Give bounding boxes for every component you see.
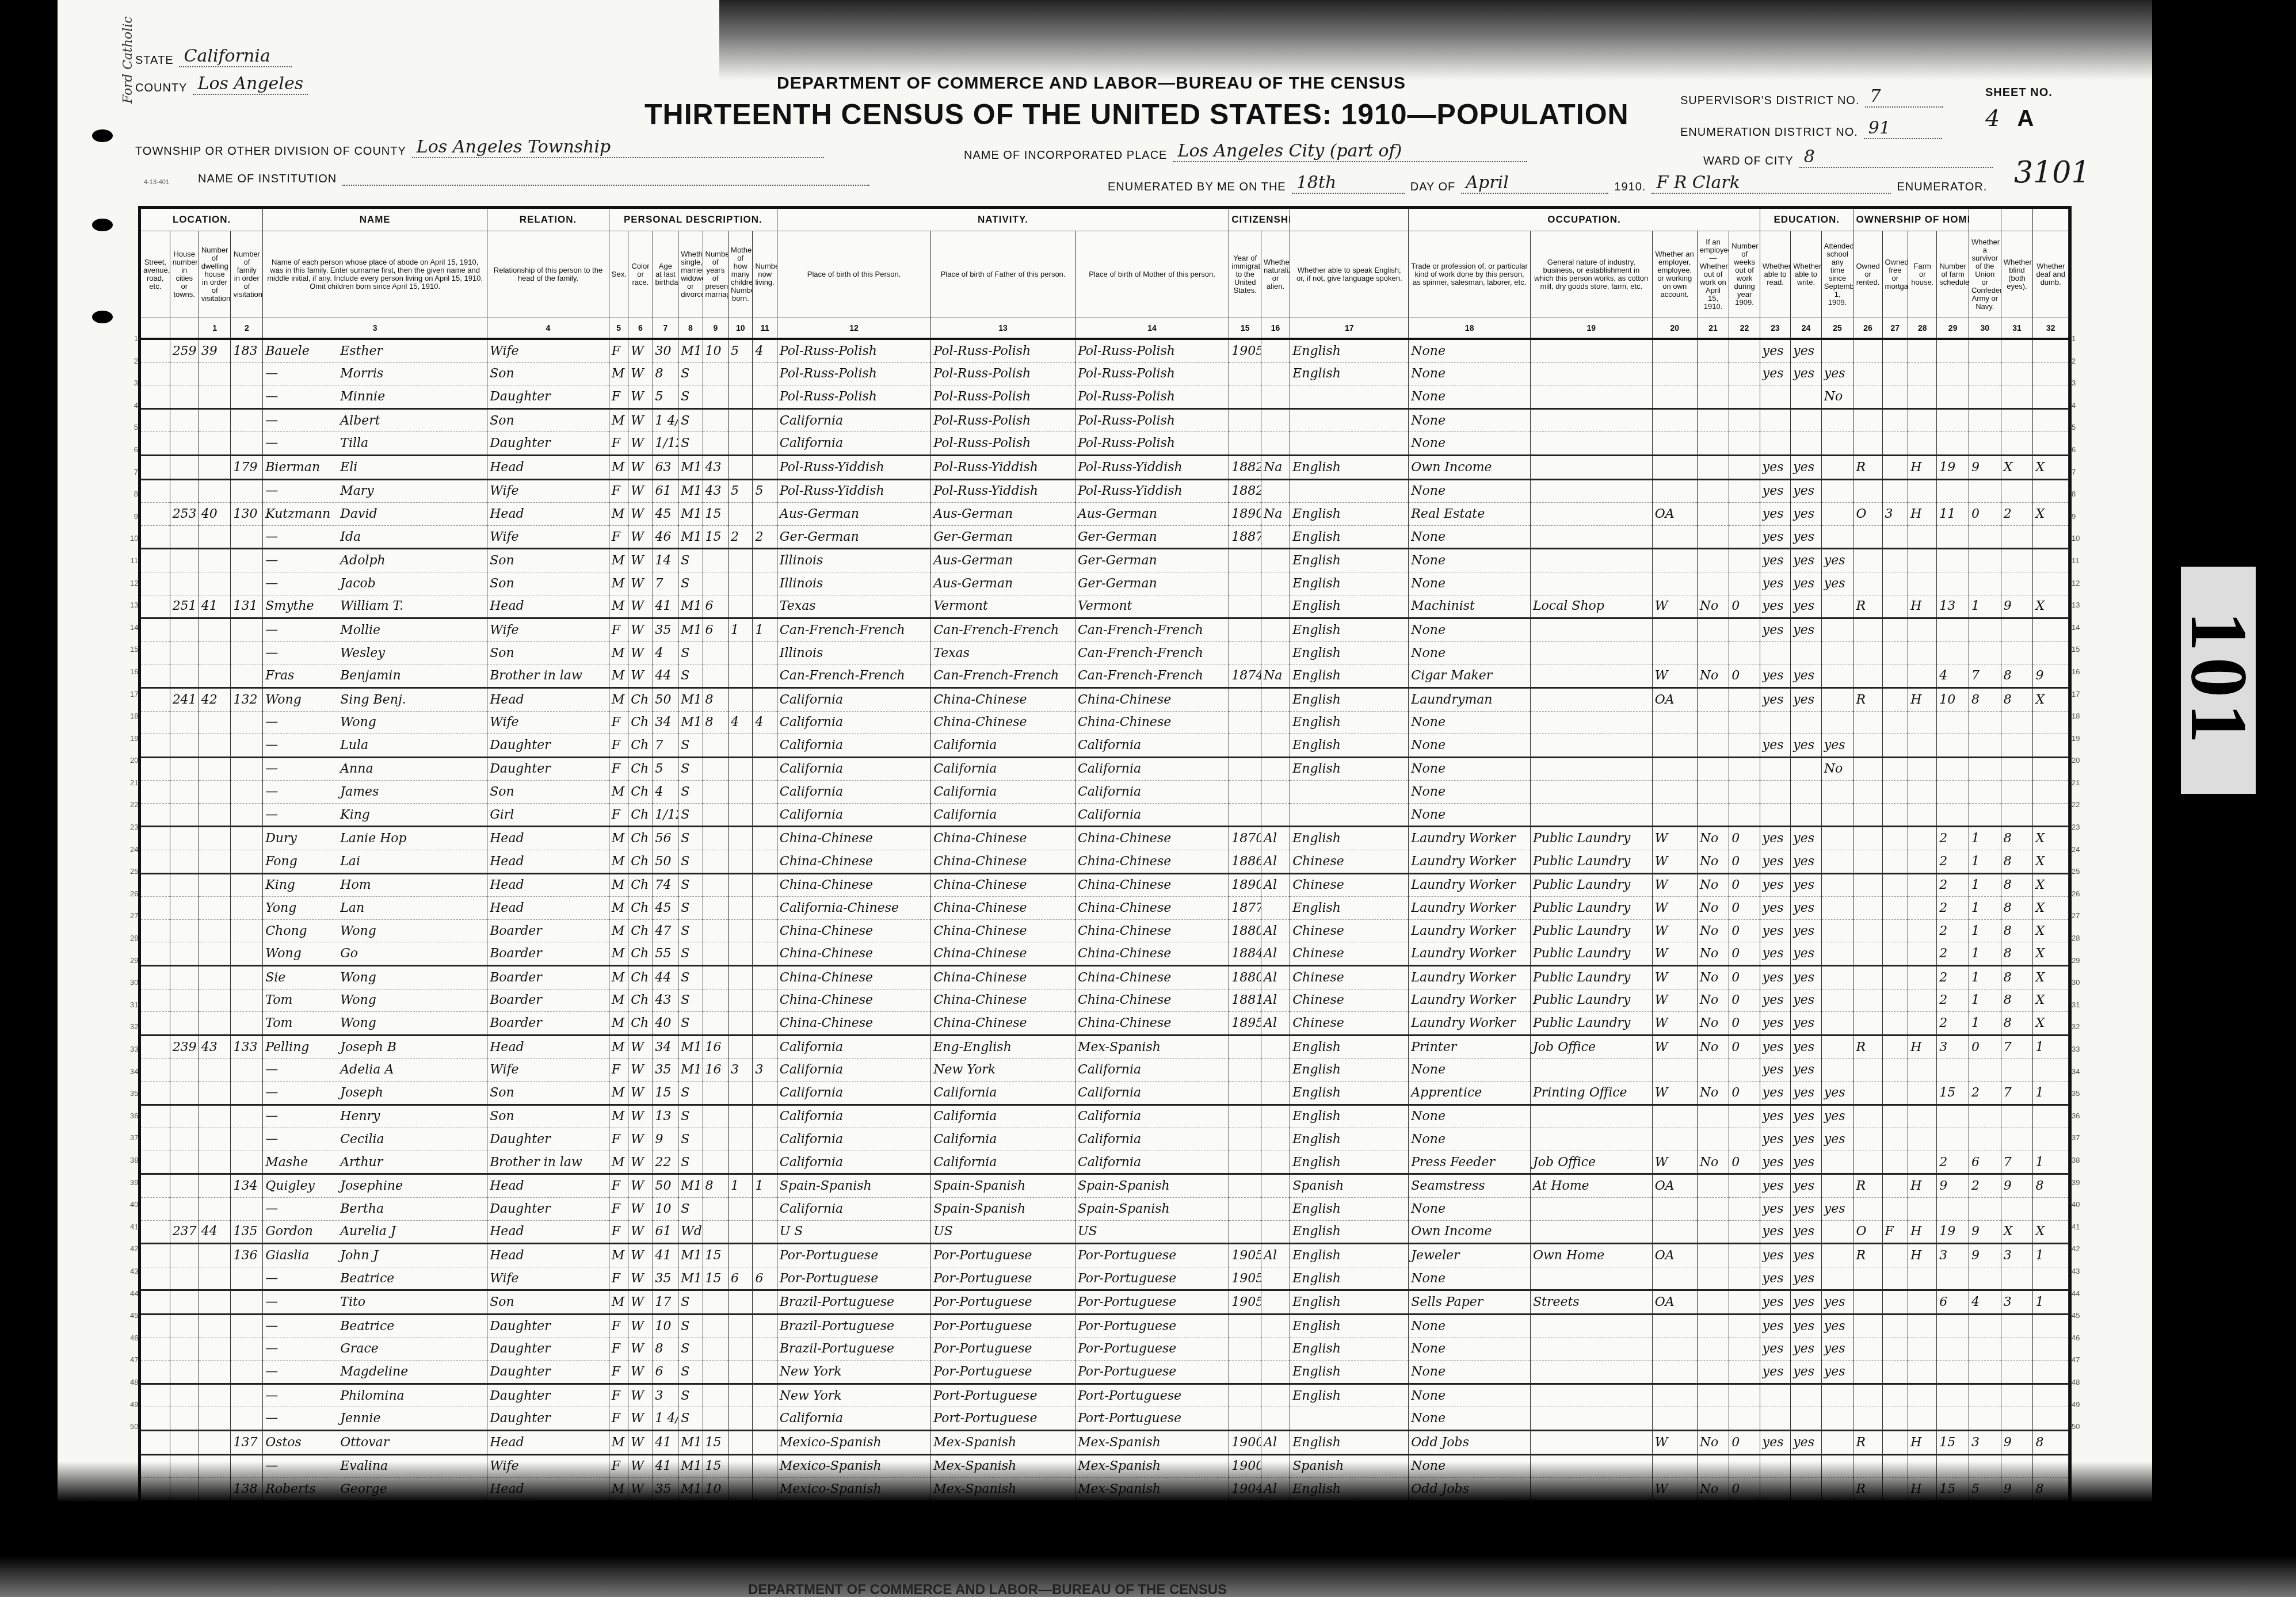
cell-street bbox=[141, 757, 170, 781]
cell-house bbox=[170, 711, 199, 734]
cell-family bbox=[231, 734, 263, 758]
cell-own bbox=[1853, 942, 1882, 966]
cell-dwelling bbox=[199, 572, 231, 595]
cell-sex: F bbox=[609, 757, 628, 781]
cell-nat: Al bbox=[1261, 966, 1290, 989]
cell-farm: H bbox=[1908, 1430, 1937, 1454]
table-row: —JacobSonMW7SIllinoisAus-GermanGer-Germa… bbox=[141, 572, 2069, 595]
column-header: Name of each person whose place of abode… bbox=[263, 231, 487, 318]
surname: — bbox=[265, 715, 340, 729]
cell-nat: Al bbox=[1261, 1012, 1290, 1036]
cell-own bbox=[1853, 1407, 1882, 1431]
cell-relation: Daughter bbox=[487, 1128, 609, 1151]
line-number: 25 bbox=[2072, 861, 2080, 883]
cell-immig bbox=[1229, 1220, 1261, 1244]
cell-pob-mother: Pol-Russ-Polish bbox=[1075, 362, 1229, 385]
cell-out-work bbox=[1697, 1361, 1729, 1384]
surname: — bbox=[265, 1295, 340, 1309]
cell-pob: California bbox=[777, 1082, 930, 1105]
cell-house bbox=[170, 1430, 199, 1454]
cell-farm bbox=[1908, 897, 1937, 920]
county-label: COUNTY bbox=[135, 82, 187, 95]
cell-f30 bbox=[1969, 1128, 2001, 1151]
cell-f30 bbox=[1969, 1267, 2001, 1290]
cell-own bbox=[1853, 618, 1882, 642]
cell-years-married: 15 bbox=[703, 1244, 729, 1267]
cell-school: yes bbox=[1821, 1082, 1853, 1105]
cell-industry: Public Laundry bbox=[1530, 966, 1652, 989]
cell-years-married bbox=[703, 1220, 729, 1244]
cell-pob-father: China-Chinese bbox=[931, 873, 1075, 897]
cell-own: O bbox=[1853, 1220, 1882, 1244]
enumerated-date-field: ENUMERATED BY ME ON THE 18th DAY OF Apri… bbox=[1108, 173, 1987, 194]
cell-family bbox=[231, 1082, 263, 1105]
group-citizenship: CITIZENSHIP. bbox=[1229, 209, 1290, 231]
cell-street bbox=[141, 664, 170, 688]
cell-trade: None bbox=[1409, 803, 1531, 827]
column-number: 5 bbox=[609, 318, 628, 339]
cell-emp: W bbox=[1652, 664, 1697, 688]
cell-sched bbox=[1937, 618, 1969, 642]
cell-age: 50 bbox=[653, 687, 678, 711]
cell-living: 5 bbox=[753, 479, 777, 503]
cell-weeks: 0 bbox=[1729, 873, 1760, 897]
cell-f31: 3 bbox=[2001, 1244, 2033, 1267]
cell-free bbox=[1882, 1105, 1908, 1128]
cell-living bbox=[753, 455, 777, 479]
cell-out-work bbox=[1697, 572, 1729, 595]
cell-f30: 2 bbox=[1969, 1174, 2001, 1198]
cell-age: 41 bbox=[653, 1244, 678, 1267]
given-name: Tilla bbox=[340, 436, 368, 450]
cell-sex: F bbox=[609, 385, 628, 409]
cell-sex: F bbox=[609, 339, 628, 362]
cell-age: 35 bbox=[653, 618, 678, 642]
cell-dwelling bbox=[199, 919, 231, 942]
cell-trade: None bbox=[1409, 1314, 1531, 1338]
table-row: 137OstosOttovarHeadMW41M115Mexico-Spanis… bbox=[141, 1430, 2069, 1454]
cell-school bbox=[1821, 1407, 1853, 1431]
column-number bbox=[170, 318, 199, 339]
cell-living bbox=[753, 1082, 777, 1105]
cell-trade: Machinist bbox=[1409, 595, 1531, 618]
column-header: Whether single, married, widowed, or div… bbox=[678, 231, 703, 318]
cell-pob-father: Aus-German bbox=[931, 549, 1075, 572]
cell-sched: 15 bbox=[1937, 1430, 1969, 1454]
cell-out-work: No bbox=[1697, 1012, 1729, 1036]
cell-house bbox=[170, 525, 199, 549]
cell-immig bbox=[1229, 1105, 1261, 1128]
cell-street bbox=[141, 1128, 170, 1151]
cell-street bbox=[141, 966, 170, 989]
given-name: Bertha bbox=[340, 1202, 384, 1216]
cell-industry bbox=[1530, 1059, 1652, 1082]
cell-f31: 8 bbox=[2001, 989, 2033, 1012]
cell-emp bbox=[1652, 1197, 1697, 1220]
cell-relation: Son bbox=[487, 408, 609, 432]
column-number: 7 bbox=[653, 318, 678, 339]
cell-name: PellingJoseph B bbox=[263, 1035, 487, 1059]
cell-born: 5 bbox=[729, 339, 753, 362]
enumerator-label: ENUMERATOR. bbox=[1897, 181, 1987, 194]
cell-living bbox=[753, 781, 777, 804]
given-name: Sing Benj. bbox=[340, 693, 406, 707]
cell-read: yes bbox=[1760, 1012, 1790, 1036]
cell-trade: Own Income bbox=[1409, 455, 1531, 479]
cell-born bbox=[729, 664, 753, 688]
cell-weeks bbox=[1729, 1197, 1760, 1220]
line-number: 37 bbox=[2072, 1127, 2080, 1149]
cell-read: yes bbox=[1760, 503, 1790, 526]
cell-pob-mother: Pol-Russ-Yiddish bbox=[1075, 455, 1229, 479]
cell-free bbox=[1882, 408, 1908, 432]
sheet-label: SHEET NO. bbox=[1985, 86, 2053, 100]
cell-marital: M1 bbox=[678, 711, 703, 734]
cell-pob-mother: California bbox=[1075, 1151, 1229, 1174]
column-number: 22 bbox=[1729, 318, 1760, 339]
cell-house bbox=[170, 1059, 199, 1082]
cell-language: English bbox=[1290, 455, 1409, 479]
cell-house bbox=[170, 432, 199, 456]
cell-dwelling bbox=[199, 1174, 231, 1198]
cell-weeks bbox=[1729, 362, 1760, 385]
cell-relation: Head bbox=[487, 687, 609, 711]
cell-industry bbox=[1530, 1267, 1652, 1290]
cell-pob: California bbox=[777, 734, 930, 758]
cell-read: yes bbox=[1760, 989, 1790, 1012]
group-deaf bbox=[2033, 209, 2069, 231]
cell-pob-mother: China-Chinese bbox=[1075, 966, 1229, 989]
cell-born: 2 bbox=[729, 525, 753, 549]
cell-industry bbox=[1530, 1407, 1652, 1431]
cell-family bbox=[231, 479, 263, 503]
table-row: —JamesSonMCh4SCaliforniaCaliforniaCalifo… bbox=[141, 781, 2069, 804]
cell-f32 bbox=[2033, 572, 2069, 595]
cell-dwelling bbox=[199, 549, 231, 572]
cell-immig bbox=[1229, 1151, 1261, 1174]
cell-family bbox=[231, 1267, 263, 1290]
cell-emp: W bbox=[1652, 1035, 1697, 1059]
table-row: —BeatriceDaughterFW10SBrazil-PortugueseP… bbox=[141, 1314, 2069, 1338]
cell-race: Ch bbox=[628, 711, 653, 734]
cell-years-married bbox=[703, 1197, 729, 1220]
cell-sched bbox=[1937, 757, 1969, 781]
cell-pob-father: Eng-English bbox=[931, 1035, 1075, 1059]
cell-sched: 19 bbox=[1937, 455, 1969, 479]
cell-f30: 3 bbox=[1969, 1430, 2001, 1454]
cell-living bbox=[753, 1290, 777, 1315]
cell-out-work: No bbox=[1697, 850, 1729, 874]
cell-free bbox=[1882, 1244, 1908, 1267]
cell-weeks bbox=[1729, 572, 1760, 595]
cell-house bbox=[170, 1244, 199, 1267]
cell-family bbox=[231, 897, 263, 920]
line-numbers-right: 1234567891011121314151617181920212223242… bbox=[2072, 328, 2080, 1438]
cell-street bbox=[141, 408, 170, 432]
cell-f31 bbox=[2001, 362, 2033, 385]
cell-family bbox=[231, 549, 263, 572]
table-row: 23943133PellingJoseph BHeadMW34M116Calif… bbox=[141, 1035, 2069, 1059]
cell-race: W bbox=[628, 432, 653, 456]
cell-write: yes bbox=[1791, 1012, 1821, 1036]
cell-age: 63 bbox=[653, 455, 678, 479]
cell-f31: 7 bbox=[2001, 1035, 2033, 1059]
cell-industry bbox=[1530, 549, 1652, 572]
cell-marital: S bbox=[678, 1012, 703, 1036]
cell-street bbox=[141, 734, 170, 758]
cell-house bbox=[170, 1151, 199, 1174]
cell-marital: S bbox=[678, 1361, 703, 1384]
cell-house bbox=[170, 803, 199, 827]
cell-born: 1 bbox=[729, 618, 753, 642]
table-row: SieWongBoarderMCh44SChina-ChineseChina-C… bbox=[141, 966, 2069, 989]
cell-trade: None bbox=[1409, 1059, 1531, 1082]
cell-own bbox=[1853, 734, 1882, 758]
cell-name: —Jacob bbox=[263, 572, 487, 595]
cell-school bbox=[1821, 803, 1853, 827]
cell-marital: S bbox=[678, 1151, 703, 1174]
cell-years-married bbox=[703, 1314, 729, 1338]
cell-f31: 8 bbox=[2001, 664, 2033, 688]
line-numbers-left: 12345 678910 1112131415 1617181920 21222… bbox=[130, 328, 138, 1438]
line-number: 38 bbox=[2072, 1149, 2080, 1172]
cell-pob-father: China-Chinese bbox=[931, 966, 1075, 989]
cell-street bbox=[141, 641, 170, 664]
surname: — bbox=[265, 1086, 340, 1100]
cell-name: —Beatrice bbox=[263, 1267, 487, 1290]
cell-write: yes bbox=[1791, 1035, 1821, 1059]
cell-f32 bbox=[2033, 1059, 2069, 1082]
table-row: —MorrisSonMW8SPol-Russ-PolishPol-Russ-Po… bbox=[141, 362, 2069, 385]
county-field: COUNTY Los Angeles bbox=[135, 74, 308, 95]
cell-own bbox=[1853, 339, 1882, 362]
cell-sched: 6 bbox=[1937, 1290, 1969, 1315]
cell-f30 bbox=[1969, 781, 2001, 804]
cell-school bbox=[1821, 1384, 1853, 1407]
cell-school bbox=[1821, 1244, 1853, 1267]
line-number: 16 bbox=[2072, 661, 2080, 683]
cell-house bbox=[170, 1082, 199, 1105]
cell-out-work: No bbox=[1697, 989, 1729, 1012]
cell-read: yes bbox=[1760, 734, 1790, 758]
cell-family bbox=[231, 1407, 263, 1431]
cell-pob-father: China-Chinese bbox=[931, 687, 1075, 711]
given-name: Wesley bbox=[340, 646, 385, 660]
surname: — bbox=[265, 1202, 340, 1216]
column-header: Trade or profession of, or particular ki… bbox=[1409, 231, 1531, 318]
cell-f30: 0 bbox=[1969, 503, 2001, 526]
cell-industry bbox=[1530, 734, 1652, 758]
cell-pob-father: Por-Portuguese bbox=[931, 1314, 1075, 1338]
column-number: 32 bbox=[2033, 318, 2069, 339]
cell-read: yes bbox=[1760, 549, 1790, 572]
cell-emp: W bbox=[1652, 919, 1697, 942]
line-number: 3 bbox=[2072, 372, 2080, 395]
cell-trade: None bbox=[1409, 479, 1531, 503]
cell-pob-mother: Por-Portuguese bbox=[1075, 1338, 1229, 1361]
cell-pob-mother: China-Chinese bbox=[1075, 827, 1229, 850]
supervisor-district-field: SUPERVISOR'S DISTRICT NO. 7 bbox=[1680, 86, 1943, 108]
cell-nat: Al bbox=[1261, 873, 1290, 897]
cell-pob-father: Por-Portuguese bbox=[931, 1267, 1075, 1290]
cell-pob: Illinois bbox=[777, 572, 930, 595]
cell-born bbox=[729, 408, 753, 432]
surname: — bbox=[265, 646, 340, 660]
cell-trade: Cigar Maker bbox=[1409, 664, 1531, 688]
cell-age: 47 bbox=[653, 919, 678, 942]
cell-age: 56 bbox=[653, 827, 678, 850]
cell-f31: 8 bbox=[2001, 687, 2033, 711]
line-number: 42 bbox=[2072, 1238, 2080, 1260]
cell-free bbox=[1882, 897, 1908, 920]
cell-house bbox=[170, 897, 199, 920]
enumerated-month: April bbox=[1461, 173, 1608, 194]
cell-house bbox=[170, 479, 199, 503]
given-name: John J bbox=[340, 1248, 378, 1263]
cell-weeks bbox=[1729, 1059, 1760, 1082]
cell-sex: M bbox=[609, 942, 628, 966]
cell-pob: Ger-German bbox=[777, 525, 930, 549]
cell-f32 bbox=[2033, 1384, 2069, 1407]
given-name: Wong bbox=[340, 924, 376, 938]
cell-race: W bbox=[628, 1430, 653, 1454]
cell-sex: M bbox=[609, 919, 628, 942]
cell-living: 1 bbox=[753, 1174, 777, 1198]
given-name: Joseph B bbox=[340, 1040, 396, 1055]
cell-own bbox=[1853, 1151, 1882, 1174]
cell-name: GordonAurelia J bbox=[263, 1220, 487, 1244]
cell-weeks bbox=[1729, 803, 1760, 827]
cell-sched: 4 bbox=[1937, 664, 1969, 688]
cell-language: English bbox=[1290, 1220, 1409, 1244]
binder-hole bbox=[92, 219, 113, 231]
cell-sched bbox=[1937, 362, 1969, 385]
cell-sex: F bbox=[609, 734, 628, 758]
cell-emp: W bbox=[1652, 827, 1697, 850]
cell-sex: F bbox=[609, 1314, 628, 1338]
township-value: Los Angeles Township bbox=[412, 137, 824, 158]
cell-free bbox=[1882, 455, 1908, 479]
cell-emp: W bbox=[1652, 1082, 1697, 1105]
surname: — bbox=[265, 366, 340, 381]
cell-f32 bbox=[2033, 1407, 2069, 1431]
cell-read: yes bbox=[1760, 1314, 1790, 1338]
cell-nat bbox=[1261, 1151, 1290, 1174]
cell-f32: X bbox=[2033, 850, 2069, 874]
cell-own bbox=[1853, 1128, 1882, 1151]
cell-name: —Albert bbox=[263, 408, 487, 432]
cell-years-married bbox=[703, 432, 729, 456]
cell-immig: 1905 bbox=[1229, 339, 1261, 362]
cell-relation: Son bbox=[487, 1290, 609, 1315]
cell-nat bbox=[1261, 549, 1290, 572]
cell-free bbox=[1882, 618, 1908, 642]
cell-name: —Tilla bbox=[263, 432, 487, 456]
cell-school bbox=[1821, 687, 1853, 711]
institution-value bbox=[342, 185, 869, 186]
cell-name: —Morris bbox=[263, 362, 487, 385]
cell-sched bbox=[1937, 781, 1969, 804]
cell-trade: None bbox=[1409, 1128, 1531, 1151]
cell-write: yes bbox=[1791, 1314, 1821, 1338]
cell-family bbox=[231, 1290, 263, 1315]
cell-nat bbox=[1261, 1105, 1290, 1128]
cell-sched bbox=[1937, 734, 1969, 758]
cell-out-work: No bbox=[1697, 966, 1729, 989]
column-header: Whether an employer, employee, or workin… bbox=[1652, 231, 1697, 318]
cell-pob-father: California bbox=[931, 1128, 1075, 1151]
cell-weeks: 0 bbox=[1729, 897, 1760, 920]
cell-f32: X bbox=[2033, 942, 2069, 966]
cell-immig: 1895 bbox=[1229, 1012, 1261, 1036]
column-number: 10 bbox=[729, 318, 753, 339]
cell-f31 bbox=[2001, 618, 2033, 642]
cell-race: Ch bbox=[628, 757, 653, 781]
surname: — bbox=[265, 808, 340, 822]
cell-pob-mother: China-Chinese bbox=[1075, 850, 1229, 874]
cell-name: YongLan bbox=[263, 897, 487, 920]
table-row: —Adelia AWifeFW35M11633CaliforniaNew Yor… bbox=[141, 1059, 2069, 1082]
cell-born bbox=[729, 1082, 753, 1105]
cell-living bbox=[753, 503, 777, 526]
cell-emp bbox=[1652, 549, 1697, 572]
cell-family bbox=[231, 1197, 263, 1220]
cell-marital: S bbox=[678, 1338, 703, 1361]
cell-emp: W bbox=[1652, 873, 1697, 897]
cell-weeks bbox=[1729, 781, 1760, 804]
cell-emp: OA bbox=[1652, 687, 1697, 711]
cell-language: Chinese bbox=[1290, 850, 1409, 874]
cell-industry: Public Laundry bbox=[1530, 942, 1652, 966]
state-field: STATE California bbox=[135, 46, 292, 67]
cell-sex: M bbox=[609, 897, 628, 920]
given-name: Anna bbox=[340, 762, 373, 776]
cell-family bbox=[231, 1128, 263, 1151]
column-header: Whether naturalized or alien. bbox=[1261, 231, 1290, 318]
cell-relation: Son bbox=[487, 1082, 609, 1105]
cell-read: yes bbox=[1760, 1105, 1790, 1128]
cell-weeks bbox=[1729, 525, 1760, 549]
cell-relation: Boarder bbox=[487, 919, 609, 942]
cell-trade: Real Estate bbox=[1409, 503, 1531, 526]
cell-years-married bbox=[703, 1338, 729, 1361]
cell-own: R bbox=[1853, 1244, 1882, 1267]
cell-language: English bbox=[1290, 1035, 1409, 1059]
cell-school bbox=[1821, 408, 1853, 432]
table-row: —MollieWifeFW35M1611Can-French-FrenchCan… bbox=[141, 618, 2069, 642]
surname: — bbox=[265, 553, 340, 568]
cell-school bbox=[1821, 897, 1853, 920]
cell-own: O bbox=[1853, 503, 1882, 526]
cell-farm bbox=[1908, 850, 1937, 874]
cell-f30 bbox=[1969, 1197, 2001, 1220]
cell-house bbox=[170, 850, 199, 874]
cell-sched bbox=[1937, 385, 1969, 409]
surname: — bbox=[265, 1389, 340, 1403]
cell-relation: Head bbox=[487, 1220, 609, 1244]
cell-own: R bbox=[1853, 595, 1882, 618]
cell-living bbox=[753, 572, 777, 595]
cell-pob: California bbox=[777, 687, 930, 711]
cell-read: yes bbox=[1760, 1338, 1790, 1361]
cell-race: W bbox=[628, 641, 653, 664]
cell-weeks: 0 bbox=[1729, 989, 1760, 1012]
cell-immig bbox=[1229, 362, 1261, 385]
cell-pob-father: California bbox=[931, 781, 1075, 804]
cell-f32: X bbox=[2033, 1220, 2069, 1244]
cell-born bbox=[729, 734, 753, 758]
cell-pob-father: Pol-Russ-Polish bbox=[931, 385, 1075, 409]
